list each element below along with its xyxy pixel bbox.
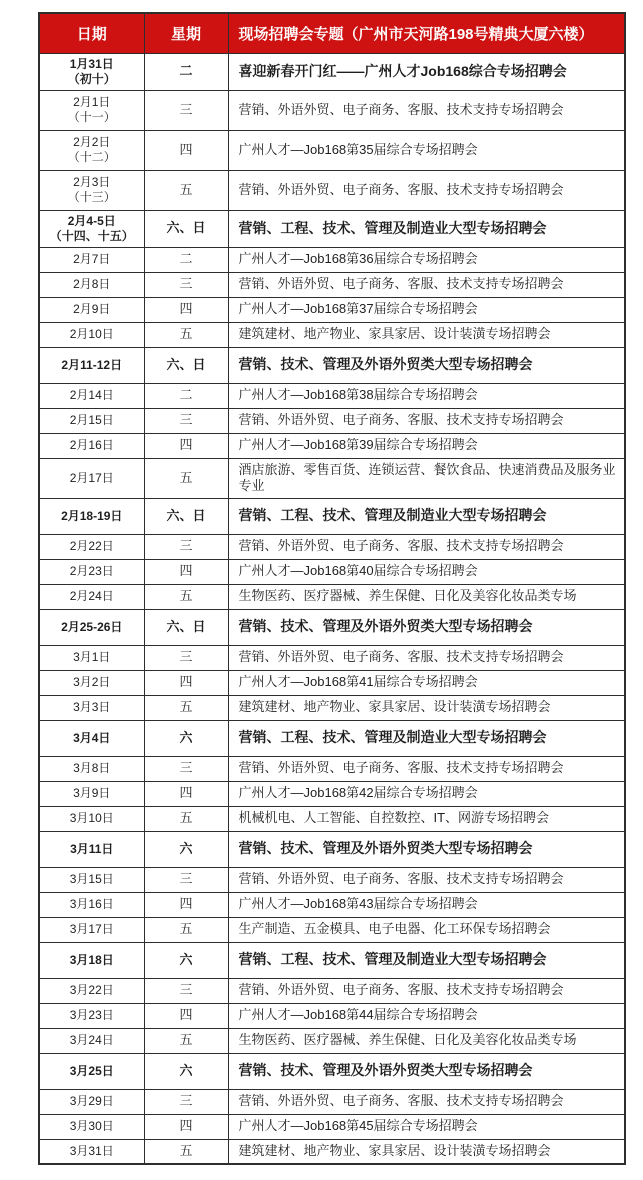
date-cell: 3月15日 (39, 867, 144, 892)
date-text: 2月8日 (40, 277, 144, 292)
weekday-cell: 三 (144, 1089, 228, 1114)
weekday-cell: 六 (144, 1053, 228, 1089)
topic-cell: 营销、外语外贸、电子商务、客服、技术支持专场招聘会 (228, 645, 625, 670)
table-row: 2月3日 （十三） 五 营销、外语外贸、电子商务、客服、技术支持专场招聘会 (39, 170, 625, 210)
table-row: 2月24日 五 生物医药、医疗器械、养生保健、日化及美容化妆品类专场 (39, 584, 625, 609)
weekday-cell: 六 (144, 720, 228, 756)
date-text: 2月7日 (40, 252, 144, 267)
table-row: 3月17日 五 生产制造、五金模具、电子电器、化工环保专场招聘会 (39, 917, 625, 942)
topic-cell: 营销、工程、技术、管理及制造业大型专场招聘会 (228, 498, 625, 534)
table-row: 3月8日 三 营销、外语外贸、电子商务、客服、技术支持专场招聘会 (39, 756, 625, 781)
date-cell: 2月3日 （十三） (39, 170, 144, 210)
date-cell: 3月4日 (39, 720, 144, 756)
lunar-date-text: （十一） (40, 110, 144, 125)
header-topic-column: 现场招聘会专题（广州市天河路198号精典大厦六楼） (228, 13, 625, 53)
topic-cell: 广州人才—Job168第35届综合专场招聘会 (228, 130, 625, 170)
date-cell: 2月8日 (39, 272, 144, 297)
date-text: 3月8日 (40, 761, 144, 776)
lunar-date-text: （十二） (40, 150, 144, 165)
weekday-cell: 三 (144, 756, 228, 781)
weekday-cell: 五 (144, 322, 228, 347)
date-text: 3月24日 (40, 1033, 144, 1048)
topic-cell: 营销、技术、管理及外语外贸类大型专场招聘会 (228, 1053, 625, 1089)
weekday-cell: 四 (144, 1114, 228, 1139)
date-text: 3月1日 (40, 650, 144, 665)
date-text: 3月9日 (40, 786, 144, 801)
lunar-date-text: （初十） (40, 72, 144, 87)
topic-cell: 广州人才—Job168第36届综合专场招聘会 (228, 247, 625, 272)
date-text: 2月17日 (40, 471, 144, 486)
topic-cell: 广州人才—Job168第40届综合专场招聘会 (228, 559, 625, 584)
weekday-cell: 三 (144, 645, 228, 670)
topic-cell: 广州人才—Job168第42届综合专场招聘会 (228, 781, 625, 806)
table-row: 2月11-12日 六、日 营销、技术、管理及外语外贸类大型专场招聘会 (39, 347, 625, 383)
date-cell: 2月4-5日 （十四、十五） (39, 210, 144, 247)
date-text: 2月15日 (40, 413, 144, 428)
date-text: 2月1日 (40, 95, 144, 110)
weekday-cell: 四 (144, 670, 228, 695)
weekday-cell: 二 (144, 247, 228, 272)
date-text: 2月2日 (40, 135, 144, 150)
date-text: 3月16日 (40, 897, 144, 912)
date-text: 2月18-19日 (40, 509, 144, 524)
weekday-cell: 五 (144, 1028, 228, 1053)
date-text: 3月29日 (40, 1094, 144, 1109)
header-date-column: 日期 (39, 13, 144, 53)
table-row: 2月15日 三 营销、外语外贸、电子商务、客服、技术支持专场招聘会 (39, 408, 625, 433)
weekday-cell: 五 (144, 170, 228, 210)
date-text: 3月2日 (40, 675, 144, 690)
date-cell: 3月25日 (39, 1053, 144, 1089)
weekday-cell: 五 (144, 806, 228, 831)
weekday-cell: 四 (144, 297, 228, 322)
date-cell: 3月23日 (39, 1003, 144, 1028)
date-text: 2月10日 (40, 327, 144, 342)
topic-cell: 营销、技术、管理及外语外贸类大型专场招聘会 (228, 831, 625, 867)
date-cell: 3月2日 (39, 670, 144, 695)
weekday-cell: 二 (144, 383, 228, 408)
date-text: 2月14日 (40, 388, 144, 403)
table-row: 2月25-26日 六、日 营销、技术、管理及外语外贸类大型专场招聘会 (39, 609, 625, 645)
header-row: 日期 星期 现场招聘会专题（广州市天河路198号精典大厦六楼） (39, 13, 625, 53)
date-cell: 2月15日 (39, 408, 144, 433)
date-cell: 2月17日 (39, 458, 144, 498)
topic-cell: 广州人才—Job168第44届综合专场招聘会 (228, 1003, 625, 1028)
topic-cell: 营销、外语外贸、电子商务、客服、技术支持专场招聘会 (228, 272, 625, 297)
topic-cell: 营销、外语外贸、电子商务、客服、技术支持专场招聘会 (228, 534, 625, 559)
weekday-cell: 六、日 (144, 210, 228, 247)
date-text: 2月24日 (40, 589, 144, 604)
date-cell: 3月24日 (39, 1028, 144, 1053)
weekday-cell: 四 (144, 892, 228, 917)
table-row: 3月2日 四 广州人才—Job168第41届综合专场招聘会 (39, 670, 625, 695)
table-row: 3月24日 五 生物医药、医疗器械、养生保健、日化及美容化妆品类专场 (39, 1028, 625, 1053)
topic-cell: 营销、工程、技术、管理及制造业大型专场招聘会 (228, 720, 625, 756)
date-cell: 3月17日 (39, 917, 144, 942)
date-cell: 3月10日 (39, 806, 144, 831)
table-row: 2月22日 三 营销、外语外贸、电子商务、客服、技术支持专场招聘会 (39, 534, 625, 559)
date-cell: 3月9日 (39, 781, 144, 806)
date-cell: 2月16日 (39, 433, 144, 458)
date-text: 3月11日 (40, 842, 144, 857)
date-text: 2月3日 (40, 175, 144, 190)
date-cell: 2月11-12日 (39, 347, 144, 383)
date-text: 3月25日 (40, 1064, 144, 1079)
topic-cell: 广州人才—Job168第38届综合专场招聘会 (228, 383, 625, 408)
weekday-cell: 五 (144, 695, 228, 720)
topic-cell: 广州人才—Job168第39届综合专场招聘会 (228, 433, 625, 458)
date-text: 3月18日 (40, 953, 144, 968)
date-cell: 2月24日 (39, 584, 144, 609)
topic-cell: 建筑建材、地产物业、家具家居、设计装潢专场招聘会 (228, 322, 625, 347)
weekday-cell: 五 (144, 1139, 228, 1164)
date-text: 2月4-5日 (40, 214, 144, 229)
date-text: 3月10日 (40, 811, 144, 826)
weekday-cell: 六、日 (144, 347, 228, 383)
date-text: 3月23日 (40, 1008, 144, 1023)
date-text: 1月31日 (40, 57, 144, 72)
topic-cell: 酒店旅游、零售百货、连锁运营、餐饮食品、快速消费品及服务业专业 (228, 458, 625, 498)
table-row: 2月14日 二 广州人才—Job168第38届综合专场招聘会 (39, 383, 625, 408)
table-row: 2月10日 五 建筑建材、地产物业、家具家居、设计装潢专场招聘会 (39, 322, 625, 347)
date-text: 3月3日 (40, 700, 144, 715)
table-row: 3月3日 五 建筑建材、地产物业、家具家居、设计装潢专场招聘会 (39, 695, 625, 720)
topic-cell: 营销、外语外贸、电子商务、客服、技术支持专场招聘会 (228, 756, 625, 781)
table-row: 2月16日 四 广州人才—Job168第39届综合专场招聘会 (39, 433, 625, 458)
header-weekday-column: 星期 (144, 13, 228, 53)
weekday-cell: 四 (144, 781, 228, 806)
topic-cell: 营销、外语外贸、电子商务、客服、技术支持专场招聘会 (228, 978, 625, 1003)
weekday-cell: 五 (144, 458, 228, 498)
date-cell: 2月14日 (39, 383, 144, 408)
date-text: 3月4日 (40, 731, 144, 746)
topic-cell: 营销、工程、技术、管理及制造业大型专场招聘会 (228, 942, 625, 978)
table-row: 3月23日 四 广州人才—Job168第44届综合专场招聘会 (39, 1003, 625, 1028)
date-text: 3月22日 (40, 983, 144, 998)
date-cell: 2月7日 (39, 247, 144, 272)
topic-cell: 广州人才—Job168第43届综合专场招聘会 (228, 892, 625, 917)
date-cell: 3月3日 (39, 695, 144, 720)
date-cell: 1月31日 （初十） (39, 53, 144, 90)
weekday-cell: 四 (144, 130, 228, 170)
weekday-cell: 二 (144, 53, 228, 90)
table-row: 2月23日 四 广州人才—Job168第40届综合专场招聘会 (39, 559, 625, 584)
date-text: 3月30日 (40, 1119, 144, 1134)
table-row: 2月8日 三 营销、外语外贸、电子商务、客服、技术支持专场招聘会 (39, 272, 625, 297)
date-text: 2月25-26日 (40, 620, 144, 635)
weekday-cell: 四 (144, 559, 228, 584)
job-fair-schedule-table: 日期 星期 现场招聘会专题（广州市天河路198号精典大厦六楼） 1月31日 （初… (38, 12, 626, 1165)
topic-cell: 营销、外语外贸、电子商务、客服、技术支持专场招聘会 (228, 408, 625, 433)
weekday-cell: 四 (144, 433, 228, 458)
table-row: 3月10日 五 机械机电、人工智能、自控数控、IT、网游专场招聘会 (39, 806, 625, 831)
date-text: 2月22日 (40, 539, 144, 554)
date-cell: 2月1日 （十一） (39, 90, 144, 130)
table-row: 2月7日 二 广州人才—Job168第36届综合专场招聘会 (39, 247, 625, 272)
table-row: 1月31日 （初十） 二 喜迎新春开门红——广州人才Job168综合专场招聘会 (39, 53, 625, 90)
weekday-cell: 三 (144, 90, 228, 130)
table-row: 2月9日 四 广州人才—Job168第37届综合专场招聘会 (39, 297, 625, 322)
table-row: 2月18-19日 六、日 营销、工程、技术、管理及制造业大型专场招聘会 (39, 498, 625, 534)
date-cell: 2月22日 (39, 534, 144, 559)
topic-cell: 机械机电、人工智能、自控数控、IT、网游专场招聘会 (228, 806, 625, 831)
lunar-date-text: （十三） (40, 190, 144, 205)
table-row: 3月29日 三 营销、外语外贸、电子商务、客服、技术支持专场招聘会 (39, 1089, 625, 1114)
date-text: 3月17日 (40, 922, 144, 937)
weekday-cell: 六、日 (144, 498, 228, 534)
date-text: 2月9日 (40, 302, 144, 317)
weekday-cell: 三 (144, 867, 228, 892)
date-text: 2月11-12日 (40, 358, 144, 373)
date-cell: 3月16日 (39, 892, 144, 917)
table-row: 3月30日 四 广州人才—Job168第45届综合专场招聘会 (39, 1114, 625, 1139)
weekday-cell: 六、日 (144, 609, 228, 645)
table-row: 3月4日 六 营销、工程、技术、管理及制造业大型专场招聘会 (39, 720, 625, 756)
table-row: 2月1日 （十一） 三 营销、外语外贸、电子商务、客服、技术支持专场招聘会 (39, 90, 625, 130)
topic-cell: 生产制造、五金模具、电子电器、化工环保专场招聘会 (228, 917, 625, 942)
table-row: 3月18日 六 营销、工程、技术、管理及制造业大型专场招聘会 (39, 942, 625, 978)
date-text: 2月23日 (40, 564, 144, 579)
table-row: 3月9日 四 广州人才—Job168第42届综合专场招聘会 (39, 781, 625, 806)
topic-cell: 生物医药、医疗器械、养生保健、日化及美容化妆品类专场 (228, 584, 625, 609)
weekday-cell: 三 (144, 272, 228, 297)
topic-cell: 建筑建材、地产物业、家具家居、设计装潢专场招聘会 (228, 695, 625, 720)
topic-cell: 营销、技术、管理及外语外贸类大型专场招聘会 (228, 609, 625, 645)
date-cell: 3月18日 (39, 942, 144, 978)
table-row: 3月25日 六 营销、技术、管理及外语外贸类大型专场招聘会 (39, 1053, 625, 1089)
topic-cell: 广州人才—Job168第41届综合专场招聘会 (228, 670, 625, 695)
date-cell: 3月1日 (39, 645, 144, 670)
table-row: 3月22日 三 营销、外语外贸、电子商务、客服、技术支持专场招聘会 (39, 978, 625, 1003)
weekday-cell: 三 (144, 408, 228, 433)
table-row: 2月2日 （十二） 四 广州人才—Job168第35届综合专场招聘会 (39, 130, 625, 170)
weekday-cell: 三 (144, 978, 228, 1003)
table-row: 3月15日 三 营销、外语外贸、电子商务、客服、技术支持专场招聘会 (39, 867, 625, 892)
date-cell: 2月10日 (39, 322, 144, 347)
weekday-cell: 六 (144, 942, 228, 978)
table-row: 3月31日 五 建筑建材、地产物业、家具家居、设计装潢专场招聘会 (39, 1139, 625, 1164)
topic-cell: 广州人才—Job168第45届综合专场招聘会 (228, 1114, 625, 1139)
table-row: 3月11日 六 营销、技术、管理及外语外贸类大型专场招聘会 (39, 831, 625, 867)
topic-cell: 喜迎新春开门红——广州人才Job168综合专场招聘会 (228, 53, 625, 90)
date-cell: 3月11日 (39, 831, 144, 867)
topic-cell: 营销、外语外贸、电子商务、客服、技术支持专场招聘会 (228, 170, 625, 210)
topic-cell: 营销、外语外贸、电子商务、客服、技术支持专场招聘会 (228, 1089, 625, 1114)
table-row: 2月17日 五 酒店旅游、零售百货、连锁运营、餐饮食品、快速消费品及服务业专业 (39, 458, 625, 498)
weekday-cell: 五 (144, 584, 228, 609)
date-cell: 2月18-19日 (39, 498, 144, 534)
topic-cell: 建筑建材、地产物业、家具家居、设计装潢专场招聘会 (228, 1139, 625, 1164)
weekday-cell: 五 (144, 917, 228, 942)
weekday-cell: 六 (144, 831, 228, 867)
topic-cell: 营销、工程、技术、管理及制造业大型专场招聘会 (228, 210, 625, 247)
date-cell: 3月22日 (39, 978, 144, 1003)
weekday-cell: 三 (144, 534, 228, 559)
date-cell: 2月2日 （十二） (39, 130, 144, 170)
date-cell: 3月8日 (39, 756, 144, 781)
topic-cell: 营销、技术、管理及外语外贸类大型专场招聘会 (228, 347, 625, 383)
page: 日期 星期 现场招聘会专题（广州市天河路198号精典大厦六楼） 1月31日 （初… (0, 0, 643, 1180)
date-cell: 2月23日 (39, 559, 144, 584)
topic-cell: 营销、外语外贸、电子商务、客服、技术支持专场招聘会 (228, 90, 625, 130)
lunar-date-text: （十四、十五） (40, 229, 144, 244)
date-text: 3月15日 (40, 872, 144, 887)
topic-cell: 生物医药、医疗器械、养生保健、日化及美容化妆品类专场 (228, 1028, 625, 1053)
date-cell: 3月30日 (39, 1114, 144, 1139)
topic-cell: 营销、外语外贸、电子商务、客服、技术支持专场招聘会 (228, 867, 625, 892)
topic-cell: 广州人才—Job168第37届综合专场招聘会 (228, 297, 625, 322)
date-cell: 2月9日 (39, 297, 144, 322)
table-row: 3月16日 四 广州人才—Job168第43届综合专场招聘会 (39, 892, 625, 917)
date-cell: 2月25-26日 (39, 609, 144, 645)
date-text: 2月16日 (40, 438, 144, 453)
date-cell: 3月29日 (39, 1089, 144, 1114)
table-row: 3月1日 三 营销、外语外贸、电子商务、客服、技术支持专场招聘会 (39, 645, 625, 670)
date-text: 3月31日 (40, 1144, 144, 1159)
table-row: 2月4-5日 （十四、十五） 六、日 营销、工程、技术、管理及制造业大型专场招聘… (39, 210, 625, 247)
date-cell: 3月31日 (39, 1139, 144, 1164)
weekday-cell: 四 (144, 1003, 228, 1028)
